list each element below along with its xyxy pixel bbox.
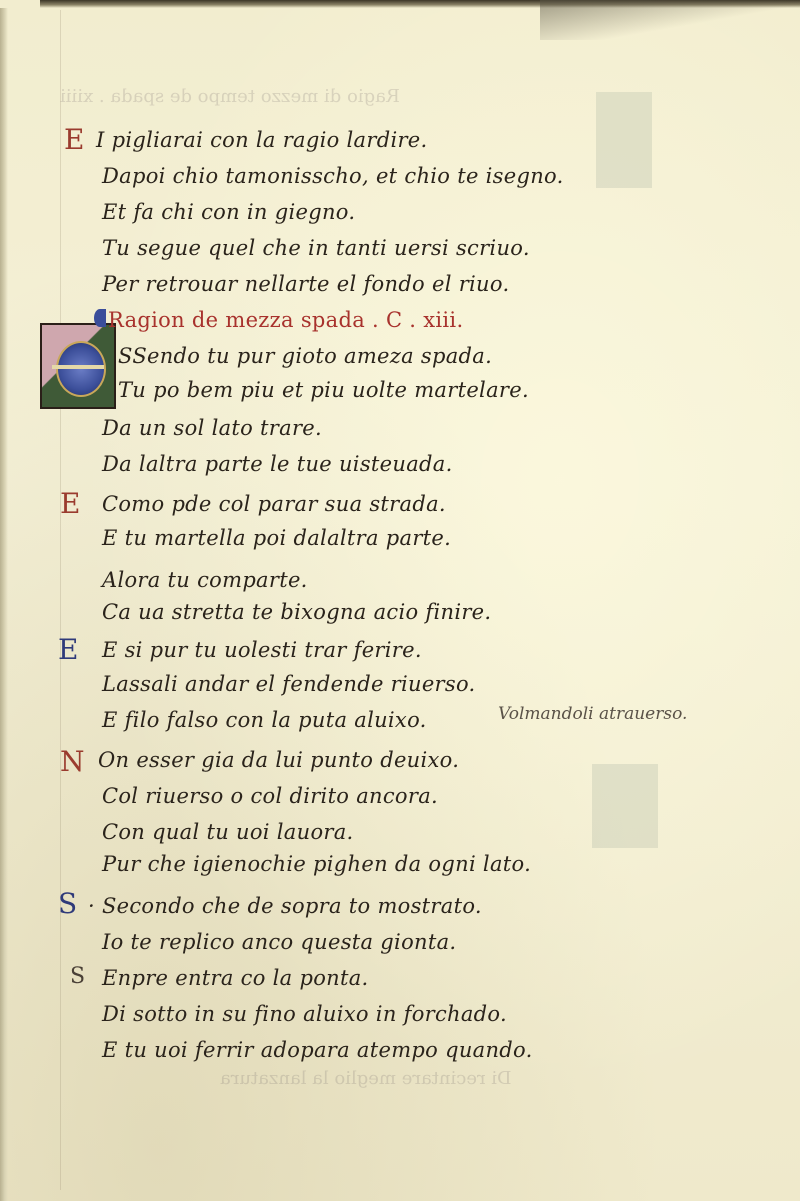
page-corner-curl (540, 0, 800, 40)
verse-line: E tu uoi ferrir adopara atempo quando. (102, 1038, 533, 1062)
verso-show-through-initial-box (592, 764, 658, 848)
verse-line: E si pur tu uolesti trar ferire. (102, 638, 422, 662)
verse-line: Dapoi chio tamonisscho, et chio te isegn… (102, 164, 564, 188)
illuminated-initial-crossbar (52, 365, 104, 369)
illuminated-initial-e (40, 323, 116, 409)
paragraph-mark-icon (94, 309, 106, 327)
verse-line: Lassali andar el fendende riuerso. (102, 672, 476, 696)
verse-line: Pur che igienochie pighen da ogni lato. (102, 852, 531, 876)
section-rubric-heading: Ragion de mezza spada . C . xiii. (108, 308, 463, 332)
decorated-initial: S (70, 966, 85, 988)
verse-line: Tu po bem piu et piu uolte martelare. (118, 378, 529, 402)
decorated-initial: E (58, 636, 78, 664)
decorated-initial: S (58, 890, 77, 918)
verse-line: Alora tu comparte. (102, 568, 308, 592)
decorated-initial: N (60, 748, 85, 776)
illuminated-initial-letterform (56, 341, 106, 397)
verse-line: Como pde col parar sua strada. (102, 492, 446, 516)
verse-line: I pigliarai con la ragio lardire. (96, 128, 428, 152)
verse-line: On esser gia da lui punto deuixo. (98, 748, 459, 772)
verso-show-through-footer: Di recintare meglio la lanzatura (220, 1068, 512, 1089)
verse-line: Col riuerso o col dirito ancora. (102, 784, 438, 808)
verso-show-through-heading: Ragio di mezzo tempo de spada . xiiii (60, 86, 400, 107)
marginal-annotation: Volmandoli atrauerso. (498, 704, 687, 724)
verse-line: Io te replico anco questa gionta. (102, 930, 456, 954)
verse-line: · Secondo che de sopra to mostrato. (88, 894, 482, 918)
verse-line: Da un sol lato trare. (102, 416, 322, 440)
verse-line: E filo falso con la puta aluixo. (102, 708, 427, 732)
verso-show-through-initial-box (596, 92, 652, 188)
decorated-initial: E (60, 490, 80, 518)
verse-line: SSendo tu pur gioto ameza spada. (118, 344, 492, 368)
verse-line: Tu segue quel che in tanti uersi scriuo. (102, 236, 530, 260)
decorated-initial: E (64, 126, 84, 154)
margin-ruling-line (60, 10, 61, 1190)
verse-line: Et fa chi con in giegno. (102, 200, 355, 224)
page-left-edge (0, 8, 8, 1201)
manuscript-page: Ragio di mezzo tempo de spada . xiiii Di… (0, 0, 800, 1201)
verse-line: E tu martella poi dalaltra parte. (102, 526, 451, 550)
verse-line: Con qual tu uoi lauora. (102, 820, 354, 844)
verse-line: Enpre entra co la ponta. (102, 966, 369, 990)
verse-line: Per retrouar nellarte el fondo el riuo. (102, 272, 509, 296)
verse-line: Da laltra parte le tue uisteuada. (102, 452, 453, 476)
verse-line: Ca ua stretta te bixogna acio finire. (102, 600, 491, 624)
verse-line: Di sotto in su fino aluixo in forchado. (102, 1002, 507, 1026)
